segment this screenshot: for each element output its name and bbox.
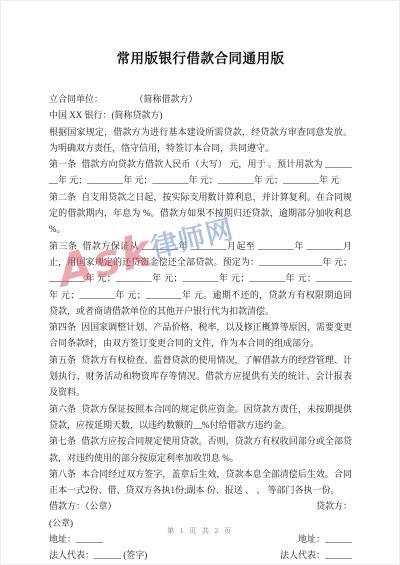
clause-text: 因国家调整计划、产品价格、税率，以及修正概算等原因，需要变更合同条款时，由双方签…: [49, 322, 352, 348]
clause-paragraph: 第三条借款方保证从 ________年 ________月起至 ________…: [49, 238, 352, 319]
page-footer: 第 1 页 共 2 页: [1, 526, 399, 536]
party-borrower-line: 立合同单位： （简称借款方）: [49, 91, 352, 107]
signature-row-parties: 借款方：（公章） 贷款方：: [49, 498, 352, 514]
party-lender-line: 中国 XX 银行：(简称贷款方): [49, 107, 352, 123]
clause-paragraph: 第七条借款方应按合同规定使用贷款。否则，贷款方有权收回部分或全部贷款，对违约使用…: [49, 433, 352, 466]
clause-text: 借款方向贷款方借款人民币（大写） 元，用于 。预计用款为 ________年 元…: [49, 159, 352, 185]
clause-text: 贷款方保证按照本合同的规定供应资金。因贷款方责任，未按期提供贷款，应按延期天数，…: [49, 404, 352, 430]
clause-number: 第三条: [49, 241, 77, 251]
clause-text: 借款方应按合同规定使用贷款。否则，贷款方有权收回部分或全部贷款，对违约使用的部分…: [49, 436, 352, 462]
clause-paragraph: 第二条自支用贷款之日起，按实际支用数计算利息，并计算复利。在合同规定的借款期内，…: [49, 189, 352, 238]
clause-paragraph: 第一条借款方向贷款方借款人民币（大写） 元，用于 。预计用款为 ________…: [49, 156, 352, 189]
clause-number: 第一条: [49, 159, 76, 169]
clause-paragraph: 第四条因国家调整计划、产品价格、税率，以及修正概算等原因，需要变更合同条款时，由…: [49, 319, 352, 352]
clause-paragraph: 第八条本合同经过双方签字，盖章后生效，贷款本息全部清偿后生效。合同正本一式2份、…: [49, 466, 352, 499]
clause-number: 第二条: [49, 192, 76, 202]
contract-title: 常用版银行借款合同通用版: [49, 47, 352, 67]
clause-number: 第五条: [49, 355, 76, 365]
document-content: 常用版银行借款合同通用版 立合同单位： （简称借款方） 中国 XX 银行：(简称…: [49, 47, 352, 564]
clause-list: 第一条借款方向贷款方借款人民币（大写） 元，用于 。预计用款为 ________…: [49, 156, 352, 498]
clause-text: 本合同经过双方签字，盖章后生效，贷款本息全部清偿后生效。合同正本一式2份、借、贷…: [49, 469, 352, 495]
borrower-rep-field: 法人代表：______ (签字): [49, 547, 147, 563]
clause-number: 第四条: [49, 322, 76, 332]
lender-label: 贷款方：: [316, 498, 352, 514]
clause-number: 第八条: [49, 469, 76, 479]
clause-paragraph: 第五条贷款方有权检查、监督贷款的使用情况，了解借款方的经营管理、计划执行、财务活…: [49, 352, 352, 401]
clause-text: 借款方保证从 ________年 ________月起至 ________年 _…: [49, 241, 352, 316]
preamble-paragraph: 根据国家规定，借款方为进行基本建设所需贷款，经贷款方审查同意发放。为明确双方责任…: [49, 124, 352, 157]
document-page: Ask律师网 常用版银行借款合同通用版 立合同单位： （简称借款方） 中国 XX…: [0, 0, 400, 565]
clause-text: 贷款方有权检查、监督贷款的使用情况，了解借款方的经营管理、计划执行、财务活动和物…: [49, 355, 352, 398]
signature-row-legal-rep: 法人代表：______ (签字) 法人代表：______: [49, 547, 352, 563]
clause-text: 自支用贷款之日起，按实际支用数计算利息，并计算复利。在合同规定的借款期内，年息为…: [49, 192, 354, 235]
lender-rep-field: 法人代表：______: [280, 547, 352, 563]
clause-paragraph: 第六条贷款方保证按照本合同的规定供应资金。因贷款方责任，未按期提供贷款，应按延期…: [49, 401, 352, 434]
clause-number: 第七条: [49, 436, 76, 446]
clause-number: 第六条: [49, 404, 76, 414]
borrower-seal-label: 借款方：（公章）: [49, 498, 117, 514]
